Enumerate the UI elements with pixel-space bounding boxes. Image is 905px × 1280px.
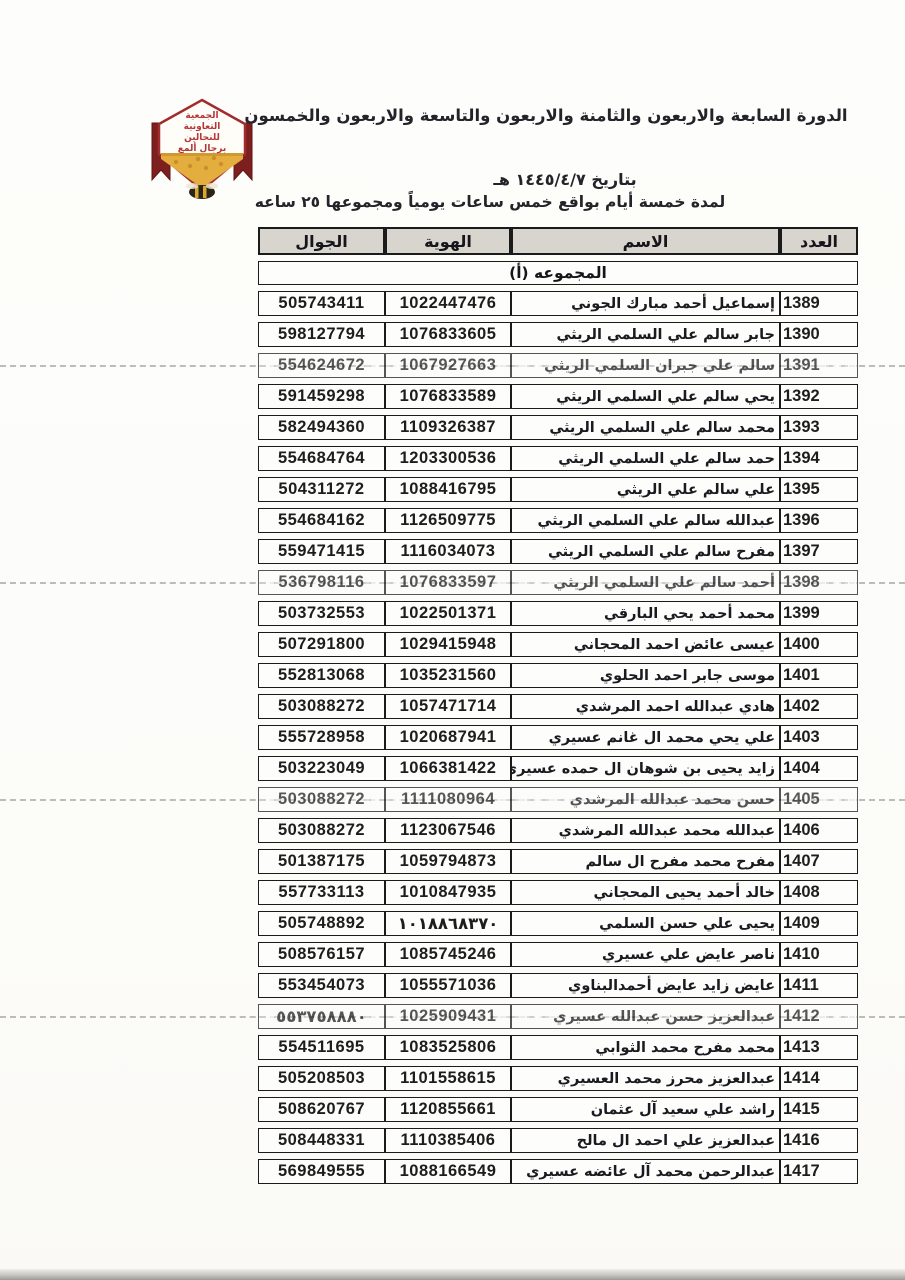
table-row: 1403علي يحي محمد ال غانم عسيري1020687941…	[258, 725, 858, 750]
cell-name: حمد سالم علي السلمي الريثي	[511, 446, 780, 471]
cell-id: 1109326387	[385, 415, 511, 440]
cell-id: 1067927663	[385, 353, 511, 378]
cell-mobile: 569849555	[258, 1159, 385, 1184]
cell-count: 1407	[780, 849, 858, 874]
cell-count: 1396	[780, 508, 858, 533]
cell-id: 1203300536	[385, 446, 511, 471]
cell-id: 1025909431	[385, 1004, 511, 1029]
cell-id: 1085745246	[385, 942, 511, 967]
cell-mobile: 503732553	[258, 601, 385, 626]
group-header-label: المجموعه (أ)	[258, 261, 858, 285]
cell-count: 1390	[780, 322, 858, 347]
cell-id: 1101558615	[385, 1066, 511, 1091]
cell-count: 1394	[780, 446, 858, 471]
cell-name: ناصر عايض علي عسيري	[511, 942, 780, 967]
table-row: 1400عيسى عائض احمد المحجاني1029415948507…	[258, 632, 858, 657]
cell-count: 1405	[780, 787, 858, 812]
table-row: 1391سالم علي جبران السلمي الريثي10679276…	[258, 353, 858, 378]
cell-mobile: 591459298	[258, 384, 385, 409]
table-row: 1389إسماعيل أحمد مبارك الجوني10224474765…	[258, 291, 858, 316]
column-header-id: الهوية	[385, 227, 511, 255]
scan-bottom-edge	[0, 1269, 905, 1280]
table-row: 1401موسى جابر احمد الحلوي103523156055281…	[258, 663, 858, 688]
cell-mobile: 504311272	[258, 477, 385, 502]
cell-name: علي يحي محمد ال غانم عسيري	[511, 725, 780, 750]
cell-id: 1088166549	[385, 1159, 511, 1184]
table-header-row: العدد الاسم الهوية الجوال	[258, 227, 858, 255]
table-body: المجموعه (أ) 1389إسماعيل أحمد مبارك الجو…	[258, 261, 858, 1184]
cell-mobile: 505748892	[258, 911, 385, 936]
cell-id: 1111080964	[385, 787, 511, 812]
cell-count: 1400	[780, 632, 858, 657]
column-header-name: الاسم	[511, 227, 780, 255]
cell-count: 1412	[780, 1004, 858, 1029]
table-row: 1416عبدالعزيز علي احمد ال مالح1110385406…	[258, 1128, 858, 1153]
cell-name: عبدالعزيز حسن عبدالله عسيري	[511, 1004, 780, 1029]
table-row: 1399محمد أحمد يحي البارقي102250137150373…	[258, 601, 858, 626]
cell-mobile: 505743411	[258, 291, 385, 316]
cell-id: 1020687941	[385, 725, 511, 750]
cell-id: 1035231560	[385, 663, 511, 688]
cell-count: 1410	[780, 942, 858, 967]
cell-name: عيسى عائض احمد المحجاني	[511, 632, 780, 657]
cell-mobile: 501387175	[258, 849, 385, 874]
cell-mobile: 598127794	[258, 322, 385, 347]
cell-count: 1403	[780, 725, 858, 750]
table-row: 1392يحي سالم علي السلمي الريثي1076833589…	[258, 384, 858, 409]
cell-name: خالد أحمد يحيى المحجاني	[511, 880, 780, 905]
course-date: بتاريخ ١٤٤٥/٤/٧ هـ	[305, 170, 825, 189]
cell-mobile: ٥٥٣٧٥٨٨٨٠	[258, 1004, 385, 1029]
cell-mobile: 553454073	[258, 973, 385, 998]
cell-name: عبدالله محمد عبدالله المرشدي	[511, 818, 780, 843]
cell-mobile: 582494360	[258, 415, 385, 440]
cell-mobile: 559471415	[258, 539, 385, 564]
cell-name: عبدالعزيز علي احمد ال مالح	[511, 1128, 780, 1153]
cell-id: 1088416795	[385, 477, 511, 502]
table-row: 1415راشد علي سعيد آل عثمان11208556615086…	[258, 1097, 858, 1122]
cell-count: 1409	[780, 911, 858, 936]
logo-text-line: التعاونية	[184, 122, 221, 132]
table-row: 1396عبدالله سالم علي السلمي الريثي112650…	[258, 508, 858, 533]
cell-name: سالم علي جبران السلمي الريثي	[511, 353, 780, 378]
cell-count: 1389	[780, 291, 858, 316]
cell-count: 1401	[780, 663, 858, 688]
cell-mobile: 503223049	[258, 756, 385, 781]
cell-count: 1417	[780, 1159, 858, 1184]
cell-mobile: 552813068	[258, 663, 385, 688]
table-row: 1406عبدالله محمد عبدالله المرشدي11230675…	[258, 818, 858, 843]
cell-count: 1397	[780, 539, 858, 564]
column-header-mobile: الجوال	[258, 227, 385, 255]
table-row: 1393محمد سالم علي السلمي الريثي110932638…	[258, 415, 858, 440]
cell-mobile: 554684764	[258, 446, 385, 471]
cell-mobile: 508620767	[258, 1097, 385, 1122]
cell-name: علي سالم علي الريثي	[511, 477, 780, 502]
cell-name: عبدالعزيز محرز محمد العسيري	[511, 1066, 780, 1091]
cell-mobile: 507291800	[258, 632, 385, 657]
logo-text-line: برجال ألمع	[178, 142, 226, 154]
cell-name: إسماعيل أحمد مبارك الجوني	[511, 291, 780, 316]
cell-mobile: 508448331	[258, 1128, 385, 1153]
table-row: 1409يحيى علي حسن السلمي١٠١٨٨٦٨٣٧٠5057488…	[258, 911, 858, 936]
cell-id: 1022501371	[385, 601, 511, 626]
table-row: 1397مفرح سالم علي السلمي الريثي111603407…	[258, 539, 858, 564]
cell-count: 1402	[780, 694, 858, 719]
cell-name: هادي عبدالله احمد المرشدي	[511, 694, 780, 719]
cell-id: 1076833589	[385, 384, 511, 409]
cell-id: 1123067546	[385, 818, 511, 843]
cell-count: 1414	[780, 1066, 858, 1091]
cell-id: 1010847935	[385, 880, 511, 905]
table-row: 1404زايد يحيى بن شوهان ال حمده عسيري1066…	[258, 756, 858, 781]
cell-count: 1406	[780, 818, 858, 843]
cell-name: مفرح محمد مفرح ال سالم	[511, 849, 780, 874]
cell-name: مفرح سالم علي السلمي الريثي	[511, 539, 780, 564]
table-row: 1417عبدالرحمن محمد آل عائضه عسيري1088166…	[258, 1159, 858, 1184]
cell-mobile: 505208503	[258, 1066, 385, 1091]
cell-count: 1411	[780, 973, 858, 998]
cell-count: 1392	[780, 384, 858, 409]
table-row: 1413محمد مفرح محمد الثوابي10835258065545…	[258, 1035, 858, 1060]
cell-mobile: 508576157	[258, 942, 385, 967]
cell-name: زايد يحيى بن شوهان ال حمده عسيري	[511, 756, 780, 781]
cell-name: محمد مفرح محمد الثوابي	[511, 1035, 780, 1060]
table-row: 1394حمد سالم علي السلمي الريثي1203300536…	[258, 446, 858, 471]
logo-text-line: للنحالين	[184, 133, 220, 143]
cell-id: 1110385406	[385, 1128, 511, 1153]
cell-id: 1126509775	[385, 508, 511, 533]
cell-id: 1055571036	[385, 973, 511, 998]
cell-name: عايض زايد عايض أحمدالبناوي	[511, 973, 780, 998]
group-header-row: المجموعه (أ)	[258, 261, 858, 285]
cell-mobile: 536798116	[258, 570, 385, 595]
cell-id: 1116034073	[385, 539, 511, 564]
cell-name: عبدالله سالم علي السلمي الريثي	[511, 508, 780, 533]
cell-id: 1076833605	[385, 322, 511, 347]
table-row: 1411عايض زايد عايض أحمدالبناوي1055571036…	[258, 973, 858, 998]
cell-id: 1066381422	[385, 756, 511, 781]
cell-name: يحيى علي حسن السلمي	[511, 911, 780, 936]
cell-id: 1083525806	[385, 1035, 511, 1060]
scanned-document-page: الجمعية التعاونية للنحالين برجال ألمع ال…	[0, 0, 905, 1280]
cell-count: 1398	[780, 570, 858, 595]
cell-count: 1408	[780, 880, 858, 905]
cell-name: محمد أحمد يحي البارقي	[511, 601, 780, 626]
table-row: 1395علي سالم علي الريثي10884167955043112…	[258, 477, 858, 502]
cell-id: 1059794873	[385, 849, 511, 874]
cell-count: 1415	[780, 1097, 858, 1122]
cell-name: موسى جابر احمد الحلوي	[511, 663, 780, 688]
cell-mobile: 503088272	[258, 818, 385, 843]
cell-count: 1399	[780, 601, 858, 626]
cell-mobile: 554624672	[258, 353, 385, 378]
cell-count: 1393	[780, 415, 858, 440]
cell-mobile: 554684162	[258, 508, 385, 533]
logo-text-line: الجمعية	[185, 111, 218, 121]
cell-count: 1395	[780, 477, 858, 502]
cell-mobile: 557733113	[258, 880, 385, 905]
cell-name: حسن محمد عبدالله المرشدي	[511, 787, 780, 812]
cell-count: 1413	[780, 1035, 858, 1060]
logo-honey-band	[161, 153, 243, 188]
table-row: 1412عبدالعزيز حسن عبدالله عسيري102590943…	[258, 1004, 858, 1029]
course-title: الدورة السابعة والاربعون والثامنة والارب…	[240, 106, 852, 125]
table-row: 1408خالد أحمد يحيى المحجاني1010847935557…	[258, 880, 858, 905]
participants-table: العدد الاسم الهوية الجوال المجموعه (أ) 1…	[258, 221, 858, 1190]
table-row: 1402هادي عبدالله احمد المرشدي10574717145…	[258, 694, 858, 719]
cell-name: محمد سالم علي السلمي الريثي	[511, 415, 780, 440]
cell-id: 1120855661	[385, 1097, 511, 1122]
cell-name: جابر سالم علي السلمي الريثي	[511, 322, 780, 347]
cell-id: ١٠١٨٨٦٨٣٧٠	[385, 911, 511, 936]
table-row: 1410ناصر عايض علي عسيري10857452465085761…	[258, 942, 858, 967]
cell-count: 1404	[780, 756, 858, 781]
table-row: 1398أحمد سالم علي السلمي الريثي107683359…	[258, 570, 858, 595]
cell-mobile: 503088272	[258, 694, 385, 719]
cell-mobile: 554511695	[258, 1035, 385, 1060]
cell-id: 1029415948	[385, 632, 511, 657]
cell-name: يحي سالم علي السلمي الريثي	[511, 384, 780, 409]
cell-name: أحمد سالم علي السلمي الريثي	[511, 570, 780, 595]
course-duration: لمدة خمسة أيام بواقع خمس ساعات يومياً وم…	[190, 193, 790, 211]
column-header-count: العدد	[780, 227, 858, 255]
cell-mobile: 503088272	[258, 787, 385, 812]
cell-id: 1057471714	[385, 694, 511, 719]
table-row: 1414عبدالعزيز محرز محمد العسيري110155861…	[258, 1066, 858, 1091]
cell-id: 1076833597	[385, 570, 511, 595]
table-row: 1390جابر سالم علي السلمي الريثي107683360…	[258, 322, 858, 347]
cell-count: 1416	[780, 1128, 858, 1153]
cell-id: 1022447476	[385, 291, 511, 316]
cell-name: عبدالرحمن محمد آل عائضه عسيري	[511, 1159, 780, 1184]
cell-count: 1391	[780, 353, 858, 378]
table-row: 1407مفرح محمد مفرح ال سالم10597948735013…	[258, 849, 858, 874]
cell-mobile: 555728958	[258, 725, 385, 750]
cell-name: راشد علي سعيد آل عثمان	[511, 1097, 780, 1122]
table-row: 1405حسن محمد عبدالله المرشدي111108096450…	[258, 787, 858, 812]
